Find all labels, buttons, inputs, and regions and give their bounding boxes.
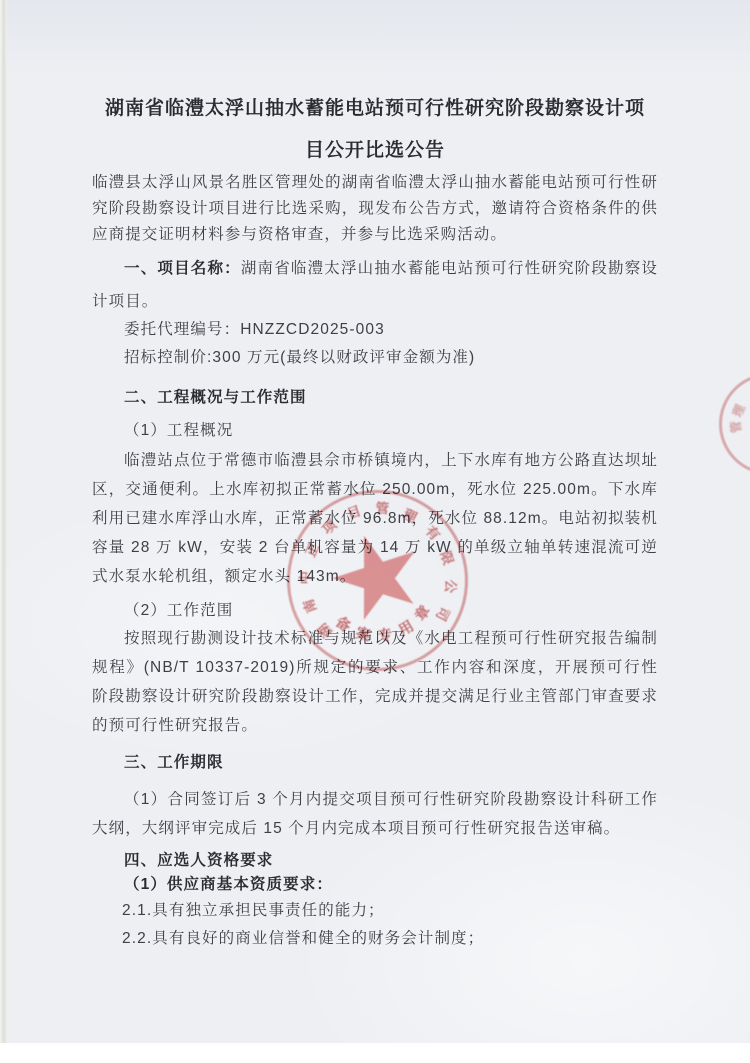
seal-label-char: 专 (376, 627, 395, 646)
page-title: 湖南省临澧太浮山抽水蓄能电站预可行性研究阶段勘察设计项 目公开比选公告 (92, 88, 658, 172)
seal-company-char: 湖 (314, 618, 337, 641)
partial-seal-char: 理 (730, 402, 748, 420)
section-3-heading: 三、工作期限 (92, 748, 658, 777)
project-name-paragraph: 一、项目名称：湖南省临澧太浮山抽水蓄能电站预可行性研究阶段勘察设计项目。 (92, 252, 658, 318)
seal-company-char: 项 (318, 516, 341, 539)
control-price-line: 招标控制价:300 万元(最终以财政评审金额为准) (92, 343, 658, 372)
seal-company-char: 南 (300, 595, 321, 616)
seal-company-char: 有 (420, 522, 443, 545)
seal-company-char: 目 (343, 502, 363, 522)
supplier-qualification-sub-heading: （1）供应商基本资质要求： (92, 870, 658, 899)
qualification-item: 2.2.具有良好的商业信誉和健全的财务会计制度； (92, 924, 658, 953)
page-title-line-2: 目公开比选公告 (92, 130, 658, 172)
seal-label-char: 用 (395, 618, 418, 641)
seal-company-char: 公 (441, 577, 458, 594)
agency-code-line: 委托代理编号：HNZZCD2025-003 (92, 315, 658, 344)
scanned-page: 湖南省临澧太浮山抽水蓄能电站预可行性研究阶段勘察设计项 目公开比选公告 临澧县太… (0, 0, 750, 1043)
seal-company-char: 正 (302, 539, 323, 560)
seal-company-char: 管 (373, 500, 390, 517)
seal-company-char: 中 (297, 569, 314, 586)
seal-label-char: 案 (352, 625, 373, 646)
project-name-label: 一、项目名称： (124, 260, 241, 277)
work-period-paragraph: （1）合同签订后 3 个月内提交项目预可行性研究阶段勘察设计科研工作大纲，大纲评… (92, 785, 658, 843)
seal-label-char: 备 (330, 613, 354, 637)
intro-paragraph: 临澧县太浮山风景名胜区管理处的湖南省临澧太浮山抽水蓄能电站预可行性研究阶段勘察设… (92, 170, 658, 248)
seal-label-char: 章 (412, 602, 436, 626)
section-2-heading: 二、工程概况与工作范围 (92, 383, 658, 412)
section-2-sub-1-heading: （1）工程概况 (92, 416, 658, 445)
page-title-line-1: 湖南省临澧太浮山抽水蓄能电站预可行性研究阶段勘察设计项 (92, 88, 658, 130)
qualification-item: 2.1.具有独立承担民事责任的能力； (92, 896, 658, 925)
partial-seal-char: 管 (729, 419, 744, 434)
seal-company-char: 限 (436, 548, 456, 568)
seal-company-char: 理 (398, 505, 419, 526)
